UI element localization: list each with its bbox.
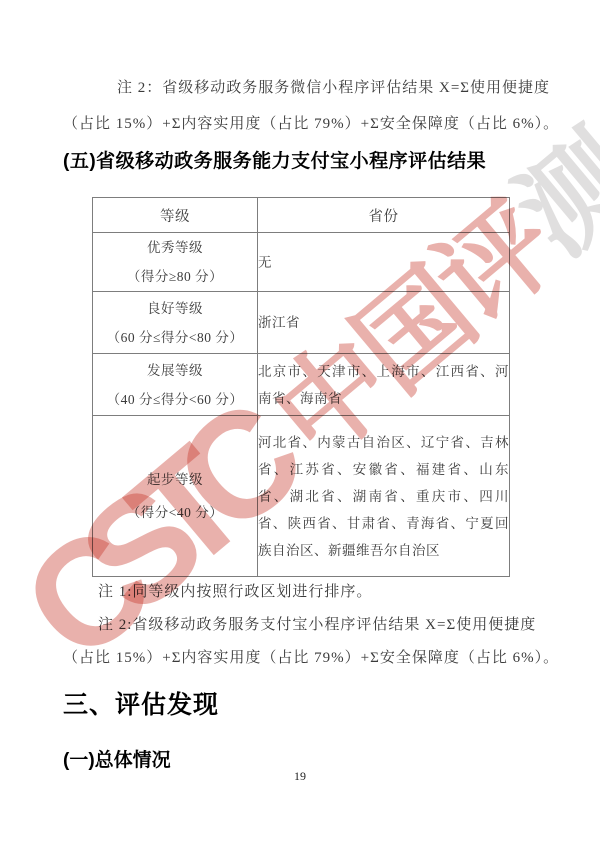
header-grade: 等级 — [93, 198, 258, 233]
province-cell: 北京市、天津市、上海市、江西省、河南省、海南省 — [258, 354, 510, 416]
grade-cell: 起步等级 （得分<40 分） — [93, 416, 258, 577]
page-number: 19 — [0, 766, 600, 786]
table-row: 发展等级 （40 分≤得分<60 分） 北京市、天津市、上海市、江西省、河南省、… — [93, 354, 510, 416]
header-province: 省份 — [258, 198, 510, 233]
grade-range: （60 分≤得分<80 分） — [93, 323, 257, 352]
grade-range: （得分<40 分） — [93, 496, 257, 529]
document-page: 注 2：省级移动政务服务微信小程序评估结果 X=Σ使用便捷度 （占比 15%）+… — [0, 0, 600, 848]
table-row: 良好等级 （60 分≤得分<80 分） 浙江省 — [93, 292, 510, 354]
grade-name: 起步等级 — [93, 463, 257, 496]
table-note-2-line1: 注 2:省级移动政务服务支付宝小程序评估结果 X=Σ使用便捷度 — [63, 609, 540, 642]
grade-range: （得分≥80 分） — [93, 262, 257, 291]
province-cell: 河北省、内蒙古自治区、辽宁省、吉林省、江苏省、安徽省、福建省、山东省、湖北省、湖… — [258, 416, 510, 577]
section-heading: (五)省级移动政务服务能力支付宝小程序评估结果 — [63, 146, 540, 173]
table-row: 起步等级 （得分<40 分） 河北省、内蒙古自治区、辽宁省、吉林省、江苏省、安徽… — [93, 416, 510, 577]
chapter-heading: 三、评估发现 — [63, 688, 540, 722]
grade-cell: 优秀等级 （得分≥80 分） — [93, 233, 258, 292]
province-cell: 无 — [258, 233, 510, 292]
table-row: 优秀等级 （得分≥80 分） 无 — [93, 233, 510, 292]
grade-range: （40 分≤得分<60 分） — [93, 385, 257, 414]
table-header-row: 等级 省份 — [93, 198, 510, 233]
grade-cell: 良好等级 （60 分≤得分<80 分） — [93, 292, 258, 354]
table-note-1-line: 注 1:同等级内按照行政区划进行排序。 — [63, 576, 540, 609]
table-note-2: 注 2:省级移动政务服务支付宝小程序评估结果 X=Σ使用便捷度 （占比 15%）… — [63, 609, 540, 675]
table-note-2-line2: （占比 15%）+Σ内容实用度（占比 79%）+Σ安全保障度（占比 6%）。 — [63, 642, 540, 675]
grade-name: 发展等级 — [93, 356, 257, 385]
table-note-1: 注 1:同等级内按照行政区划进行排序。 — [63, 576, 540, 609]
grade-cell: 发展等级 （40 分≤得分<60 分） — [93, 354, 258, 416]
top-note-line2: （占比 15%）+Σ内容实用度（占比 79%）+Σ安全保障度（占比 6%）。 — [63, 106, 540, 142]
top-note-paragraph: 注 2：省级移动政务服务微信小程序评估结果 X=Σ使用便捷度 （占比 15%）+… — [63, 70, 540, 142]
grade-name: 优秀等级 — [93, 233, 257, 262]
evaluation-table: 等级 省份 优秀等级 （得分≥80 分） 无 良好等级 （60 分≤得分<80 … — [92, 197, 510, 577]
grade-name: 良好等级 — [93, 294, 257, 323]
top-note-line1: 注 2：省级移动政务服务微信小程序评估结果 X=Σ使用便捷度 — [63, 70, 540, 106]
province-cell: 浙江省 — [258, 292, 510, 354]
